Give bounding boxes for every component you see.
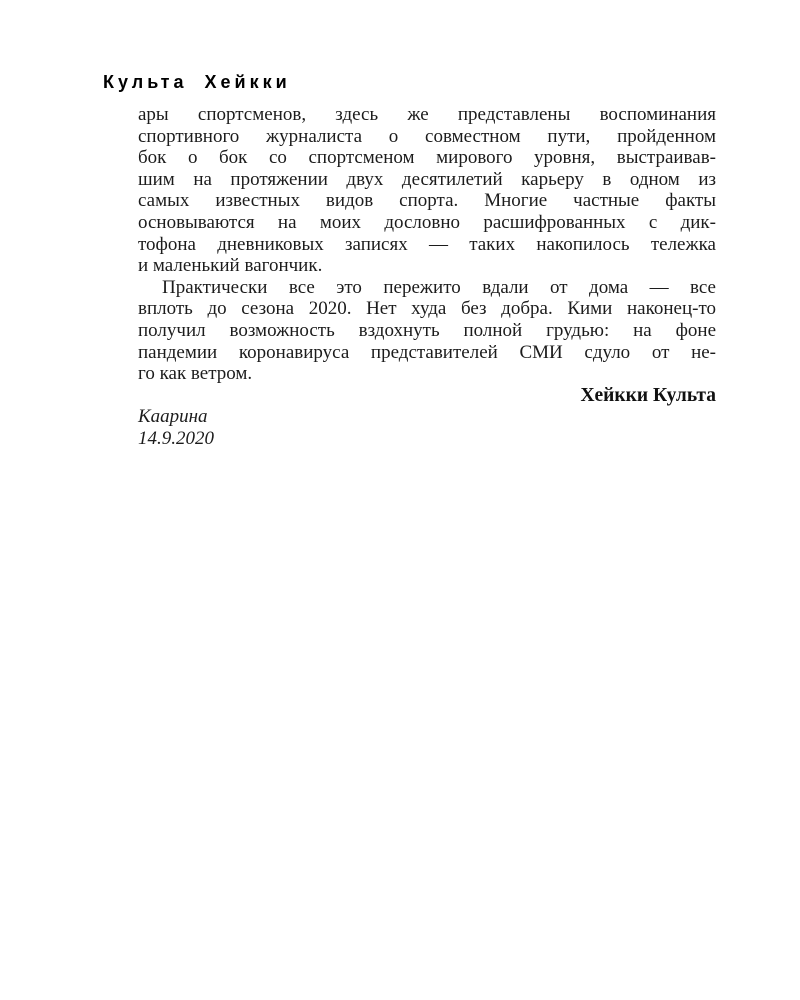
book-page: Культа Хейкки ары спортсменов, здесь же … xyxy=(0,0,800,1000)
text-line: и маленький вагончик. xyxy=(138,255,716,277)
text-line: Практически все это пережито вдали от до… xyxy=(138,277,716,299)
text-line: основываются на моих дословно расшифрова… xyxy=(138,212,716,234)
text-line: спортивного журналиста о совместном пути… xyxy=(138,126,716,148)
text-line: получил возможность вздохнуть полной гру… xyxy=(138,320,716,342)
text-line: го как ветром. xyxy=(138,363,716,385)
text-line: самых известных видов спорта. Многие час… xyxy=(138,190,716,212)
text-line: бок о бок со спортсменом мирового уровня… xyxy=(138,147,716,169)
paragraph-2: Практически все это пережито вдали от до… xyxy=(138,277,716,385)
paragraph-1: ары спортсменов, здесь же представлены в… xyxy=(138,104,716,277)
author-signature: Хейкки Культа xyxy=(138,385,716,407)
place-line: Каарина xyxy=(138,406,716,428)
text-line: тофона дневниковых записях — таких накоп… xyxy=(138,234,716,256)
running-header: Культа Хейкки xyxy=(103,72,291,93)
body-text: ары спортсменов, здесь же представлены в… xyxy=(138,104,716,450)
text-line: вплоть до сезона 2020. Нет худа без добр… xyxy=(138,298,716,320)
date-line: 14.9.2020 xyxy=(138,428,716,450)
text-line: шим на протяжении двух десятилетий карье… xyxy=(138,169,716,191)
text-line: ары спортсменов, здесь же представлены в… xyxy=(138,104,716,126)
text-line: пандемии коронавируса представителей СМИ… xyxy=(138,342,716,364)
